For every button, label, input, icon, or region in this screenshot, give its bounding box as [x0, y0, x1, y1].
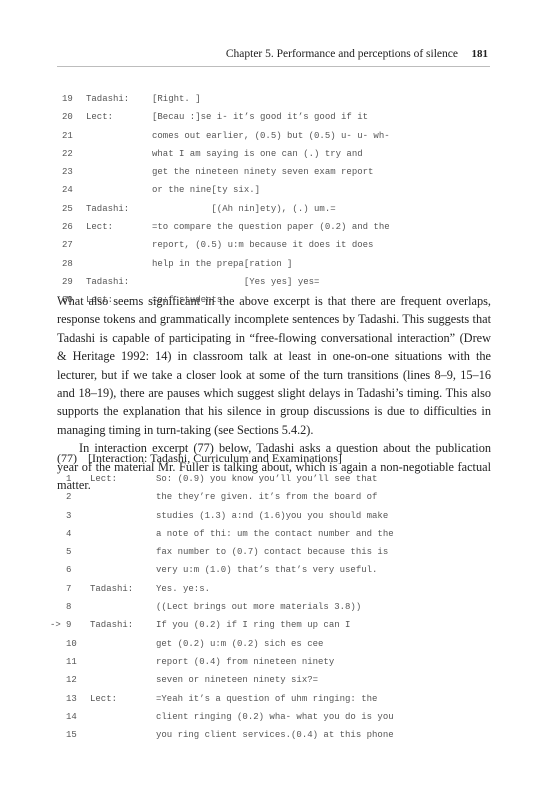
line-number: 19 — [62, 94, 86, 104]
utterance-text: a note of thi: um the contact number and… — [156, 529, 394, 539]
line-number: 8 — [66, 602, 90, 612]
utterance-text: the they’re given. it’s from the board o… — [156, 492, 377, 502]
line-number: 3 — [66, 511, 90, 521]
line-number: 22 — [62, 149, 86, 159]
page-number: 181 — [472, 48, 489, 60]
example-heading: (77) [Interaction: Tadashi, Curriculum a… — [57, 451, 342, 466]
line-number: 13 — [66, 694, 90, 704]
utterance-text: or the nine[ty six.] — [152, 185, 260, 195]
running-header: Chapter 5. Performance and perceptions o… — [57, 46, 490, 67]
speaker-label: Tadashi: — [90, 620, 133, 630]
utterance-text: studies (1.3) a:nd (1.6)you you should m… — [156, 511, 388, 521]
speaker-label: Lect: — [86, 222, 113, 232]
line-number: 21 — [62, 131, 86, 141]
utterance-text: ((Lect brings out more materials 3.8)) — [156, 602, 361, 612]
line-number: 26 — [62, 222, 86, 232]
utterance-text: get the nineteen ninety seven exam repor… — [152, 167, 373, 177]
speaker-label: Tadashi: — [86, 94, 129, 104]
line-number: 10 — [66, 639, 90, 649]
example-title: [Interaction: Tadashi, Curriculum and Ex… — [88, 451, 342, 465]
paragraph: What also seems significant in the above… — [57, 292, 491, 439]
speaker-label: Lect: — [90, 694, 117, 704]
utterance-text: =to compare the question paper (0.2) and… — [152, 222, 390, 232]
utterance-text: [Becau :]se i- it’s good it’s good if it — [152, 112, 368, 122]
speaker-label: Tadashi: — [86, 204, 129, 214]
utterance-text: what I am saying is one can (.) try and — [152, 149, 363, 159]
line-number: 14 — [66, 712, 90, 722]
utterance-text: [Right. ] — [152, 94, 201, 104]
utterance-text: seven or nineteen ninety six?= — [156, 675, 318, 685]
utterance-text: comes out earlier, (0.5) but (0.5) u- u-… — [152, 131, 390, 141]
line-number: 28 — [62, 259, 86, 269]
line-number: 29 — [62, 277, 86, 287]
speaker-label: Lect: — [90, 474, 117, 484]
utterance-text: get (0.2) u:m (0.2) sich es cee — [156, 639, 323, 649]
utterance-text: client ringing (0.2) wha- what you do is… — [156, 712, 394, 722]
utterance-text: report, (0.5) u:m because it does it doe… — [152, 240, 373, 250]
utterance-text: Yes. ye:s. — [156, 584, 210, 594]
utterance-text: report (0.4) from nineteen ninety — [156, 657, 334, 667]
utterance-text: you ring client services.(0.4) at this p… — [156, 730, 394, 740]
example-number: (77) — [57, 451, 85, 466]
utterance-text: =Yeah it’s a question of uhm ringing: th… — [156, 694, 377, 704]
paragraph: In interaction excerpt (77) below, Tadas… — [57, 439, 491, 494]
line-number: 23 — [62, 167, 86, 177]
line-number: 5 — [66, 547, 90, 557]
utterance-text: help in the prepa[ration ] — [152, 259, 292, 269]
line-number: 20 — [62, 112, 86, 122]
speaker-label: Lect: — [86, 112, 113, 122]
line-number: 4 — [66, 529, 90, 539]
utterance-text: fax number to (0.7) contact because this… — [156, 547, 388, 557]
line-number: 2 — [66, 492, 90, 502]
utterance-text: very u:m (1.0) that’s that’s very useful… — [156, 565, 377, 575]
running-title: Chapter 5. Performance and perceptions o… — [226, 48, 458, 60]
arrow-marker-icon: -> — [50, 620, 61, 630]
line-number: 9 — [66, 620, 90, 630]
utterance-text: [(Ah nin]ety), (.) um.= — [152, 204, 336, 214]
line-number: 12 — [66, 675, 90, 685]
line-number: 25 — [62, 204, 86, 214]
line-number: 1 — [66, 474, 90, 484]
utterance-text: If you (0.2) if I ring them up can I — [156, 620, 350, 630]
line-number: 6 — [66, 565, 90, 575]
utterance-text: So: (0.9) you know you’ll you’ll see tha… — [156, 474, 377, 484]
line-number: 11 — [66, 657, 90, 667]
line-number: 24 — [62, 185, 86, 195]
line-number: 7 — [66, 584, 90, 594]
speaker-label: Tadashi: — [90, 584, 133, 594]
line-number: 15 — [66, 730, 90, 740]
speaker-label: Tadashi: — [86, 277, 129, 287]
utterance-text: [Yes yes] yes= — [152, 277, 319, 287]
line-number: 27 — [62, 240, 86, 250]
